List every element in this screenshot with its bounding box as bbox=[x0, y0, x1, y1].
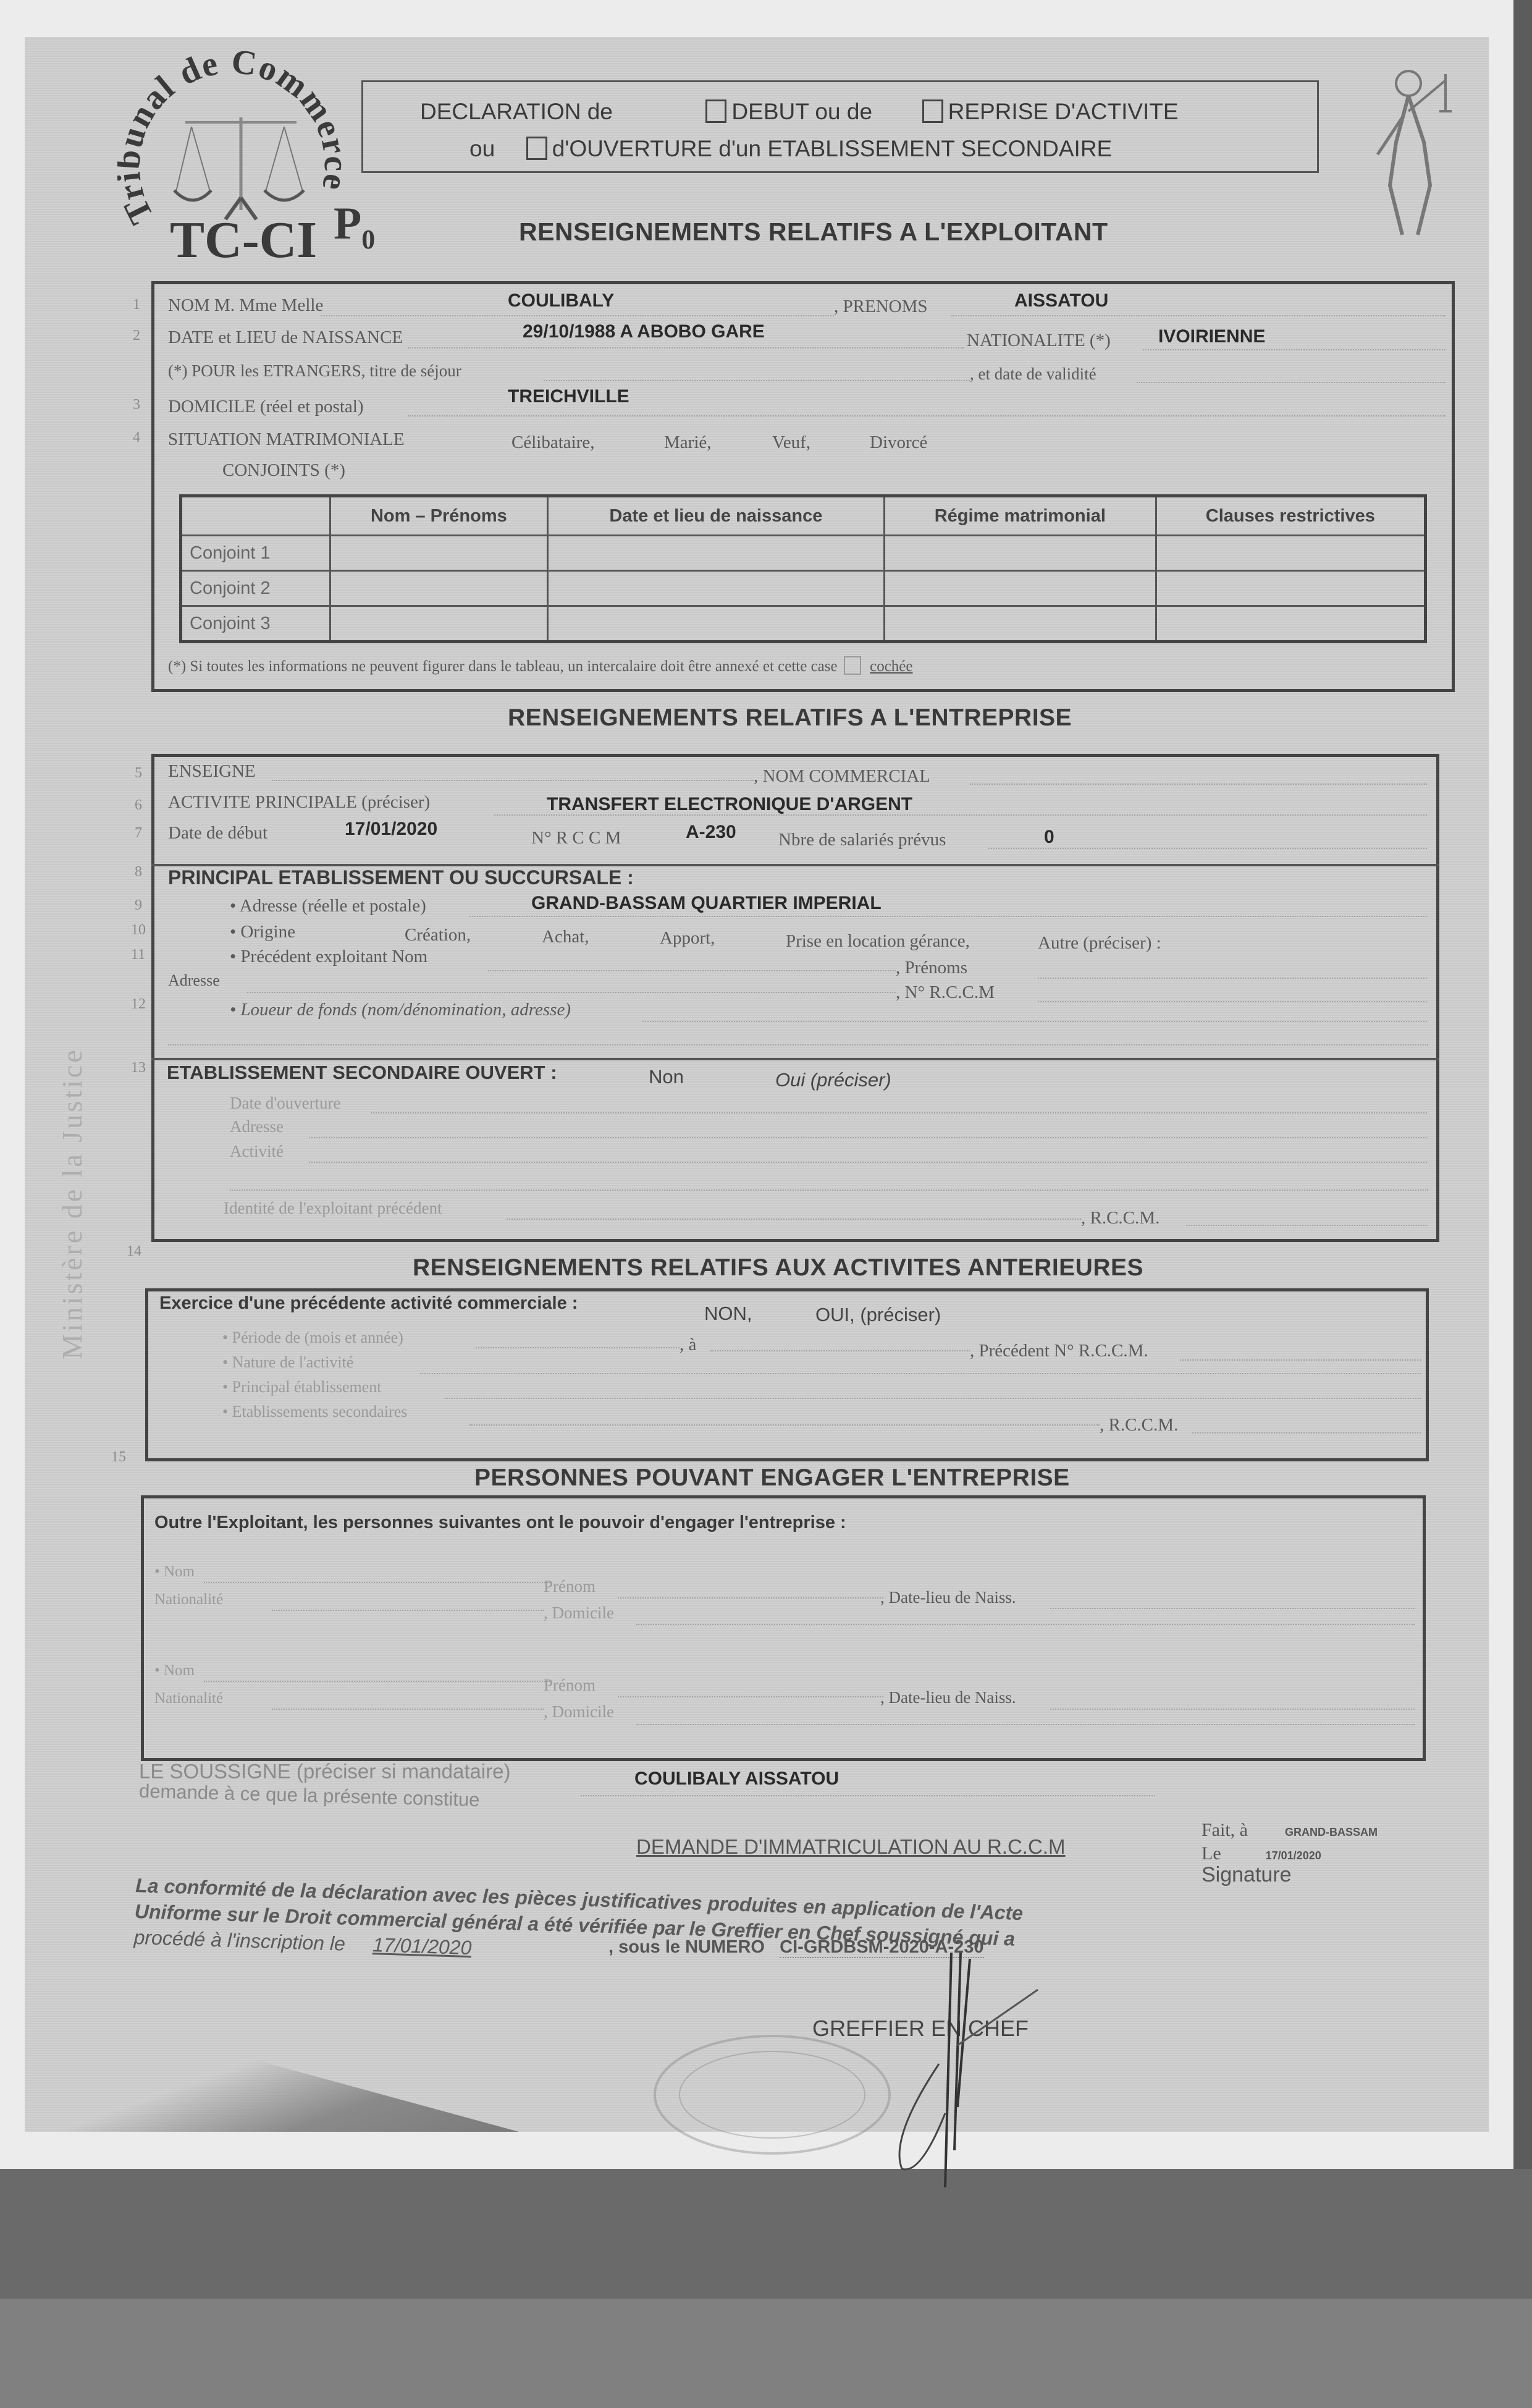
numero-label: , sous le NUMERO bbox=[608, 1937, 765, 1957]
table-header: Nom – Prénoms bbox=[330, 496, 548, 536]
salaries-value[interactable]: 0 bbox=[1044, 827, 1054, 848]
secondaires-rccm-label: , R.C.C.M. bbox=[1100, 1415, 1178, 1435]
principal-etablissement-title: PRINCIPAL ETABLISSEMENT OU SUCCURSALE : bbox=[168, 866, 634, 889]
row-label: Conjoint 2 bbox=[181, 571, 330, 606]
etrangers-label: (*) POUR les ETRANGERS, titre de séjour bbox=[168, 361, 461, 381]
identite-label: Identité de l'exploitant précédent bbox=[224, 1199, 442, 1218]
divider bbox=[151, 1058, 1439, 1060]
debut-label: DEBUT ou de bbox=[731, 99, 872, 124]
table-header: Date et lieu de naissance bbox=[547, 496, 884, 536]
nom-label: NOM M. Mme Melle bbox=[168, 295, 323, 316]
form-code: P0 bbox=[334, 198, 375, 255]
le-label: Le bbox=[1202, 1843, 1221, 1864]
table-header bbox=[181, 496, 330, 536]
person2-naiss-label: , Date-lieu de Naiss. bbox=[880, 1688, 1016, 1707]
ou-label: ou bbox=[469, 136, 495, 161]
date-cell[interactable] bbox=[547, 606, 884, 642]
prenoms-label: , PRENOMS bbox=[834, 297, 928, 317]
rccm-value[interactable]: A-230 bbox=[686, 822, 736, 843]
regime-cell[interactable] bbox=[884, 571, 1156, 606]
line-number: 10 bbox=[131, 922, 146, 939]
fait-label: Fait, à bbox=[1202, 1820, 1248, 1840]
date-ouverture-field[interactable] bbox=[371, 1112, 1427, 1113]
greffier-signature-icon bbox=[852, 1953, 1075, 2187]
line-number: 7 bbox=[135, 825, 142, 842]
sejour-dotted-line bbox=[544, 380, 970, 381]
clauses-cell[interactable] bbox=[1156, 606, 1425, 642]
secondaire-extra-field[interactable] bbox=[230, 1189, 1428, 1191]
principal-etab-label: • Principal établissement bbox=[222, 1378, 382, 1396]
precedent-rccm-field2[interactable] bbox=[1180, 1359, 1421, 1361]
table-row: Conjoint 2 bbox=[181, 571, 1426, 606]
precedent-prenoms-field[interactable] bbox=[1038, 978, 1427, 979]
person2-prenom-label: Prénom bbox=[544, 1676, 596, 1695]
rccm-label: N° R C C M bbox=[531, 828, 621, 848]
soussigne-label-text: LE SOUSSIGNE (préciser si mandataire) bbox=[139, 1760, 511, 1783]
situation-divorce[interactable]: Divorcé bbox=[870, 433, 927, 453]
le-value[interactable]: 17/01/2020 bbox=[1266, 1849, 1321, 1862]
line-number: 12 bbox=[131, 996, 146, 1013]
enseigne-field[interactable] bbox=[272, 780, 754, 781]
person2-prenom-field[interactable] bbox=[618, 1696, 883, 1697]
person1-naiss-field[interactable] bbox=[1050, 1608, 1415, 1609]
declaration-label: DECLARATION de bbox=[420, 99, 613, 124]
person1-nationalite-field[interactable] bbox=[272, 1610, 544, 1611]
nom-commercial-label: , NOM COMMERCIAL bbox=[754, 766, 930, 787]
footnote-text: (*) Si toutes les informations ne peuven… bbox=[168, 658, 838, 675]
line-number: 9 bbox=[135, 897, 142, 914]
date-cell[interactable] bbox=[547, 571, 884, 606]
table-header: Régime matrimonial bbox=[884, 496, 1156, 536]
origine-achat[interactable]: Achat, bbox=[542, 927, 589, 947]
prenoms-value[interactable]: AISSATOU bbox=[1014, 290, 1108, 311]
precedent-rccm-label2: , Précédent N° R.C.C.M. bbox=[970, 1341, 1148, 1361]
loueur-field[interactable] bbox=[642, 1021, 1427, 1022]
line-number: 15 bbox=[111, 1449, 126, 1466]
row-label: Conjoint 3 bbox=[181, 606, 330, 642]
periode-a-field[interactable] bbox=[710, 1350, 970, 1351]
declaration-line-1: DECLARATION de DEBUT ou de REPRISE D'ACT… bbox=[420, 99, 1179, 125]
exercice-label: Exercice d'une précédente activité comme… bbox=[159, 1293, 578, 1314]
secondaires-field[interactable] bbox=[469, 1424, 1100, 1426]
situation-veuf[interactable]: Veuf, bbox=[772, 433, 810, 453]
identite-field[interactable] bbox=[507, 1219, 1081, 1220]
inscription-label: procédé à l'inscription le bbox=[133, 1926, 345, 1955]
section-anterieures-title: RENSEIGNEMENTS RELATIFS AUX ACTIVITES AN… bbox=[413, 1254, 1143, 1282]
precedent-rccm-field[interactable] bbox=[1038, 1001, 1427, 1002]
loueur-label: • Loueur de fonds (nom/dénomination, adr… bbox=[230, 1000, 571, 1020]
form-code-sub: 0 bbox=[361, 224, 375, 255]
logo-abbreviation: TC-CI bbox=[170, 210, 317, 270]
secondaire-non[interactable]: Non bbox=[649, 1066, 684, 1088]
secondaires-label: • Etablissements secondaires bbox=[222, 1403, 407, 1421]
domicile-value[interactable]: TREICHVILLE bbox=[508, 386, 629, 407]
adresse-label: • Adresse (réelle et postale) bbox=[230, 896, 426, 916]
person1-domicile-field[interactable] bbox=[636, 1624, 1415, 1625]
person1-naiss-label: , Date-lieu de Naiss. bbox=[880, 1588, 1016, 1607]
date-cell[interactable] bbox=[547, 536, 884, 571]
table-header-row: Nom – Prénoms Date et lieu de naissance … bbox=[181, 496, 1426, 536]
nom-value[interactable]: COULIBALY bbox=[508, 290, 614, 311]
activite-value[interactable]: TRANSFERT ELECTRONIQUE D'ARGENT bbox=[547, 794, 912, 815]
clauses-cell[interactable] bbox=[1156, 536, 1425, 571]
periode-a-label: , à bbox=[680, 1335, 696, 1355]
signature-label: Signature bbox=[1202, 1863, 1378, 1887]
line-number: 11 bbox=[131, 947, 145, 963]
prenoms-dotted-line bbox=[951, 315, 1446, 316]
regime-cell[interactable] bbox=[884, 536, 1156, 571]
situation-marie[interactable]: Marié, bbox=[664, 433, 712, 453]
person2-nationalite-field[interactable] bbox=[272, 1709, 544, 1710]
origine-creation[interactable]: Création, bbox=[405, 925, 471, 945]
exercice-oui[interactable]: OUI, (préciser) bbox=[815, 1304, 941, 1326]
table-header: Clauses restrictives bbox=[1156, 496, 1425, 536]
loueur-field-extra[interactable] bbox=[168, 1044, 1428, 1046]
person1-nom-field[interactable] bbox=[204, 1582, 550, 1583]
row-label: Conjoint 1 bbox=[181, 536, 330, 571]
nature-label: • Nature de l'activité bbox=[222, 1353, 353, 1372]
origine-autre[interactable]: Autre (préciser) : bbox=[1038, 933, 1161, 953]
line-number: 13 bbox=[131, 1060, 146, 1076]
ouverture-checkbox[interactable] bbox=[526, 137, 547, 160]
exercice-non[interactable]: NON, bbox=[704, 1303, 752, 1325]
intercalaire-checkbox[interactable] bbox=[844, 656, 861, 675]
identite-rccm-label: , R.C.C.M. bbox=[1081, 1208, 1160, 1228]
intercalaire-footnote: (*) Si toutes les informations ne peuven… bbox=[168, 656, 912, 675]
anterieures-box bbox=[145, 1288, 1429, 1461]
section-entreprise-title: RENSEIGNEMENTS RELATIFS A L'ENTREPRISE bbox=[508, 704, 1072, 732]
secondaire-activite-label: Activité bbox=[230, 1142, 284, 1161]
lady-justice-icon bbox=[1365, 62, 1464, 247]
reprise-checkbox[interactable] bbox=[922, 99, 943, 123]
naissance-label: DATE et LIEU de NAISSANCE bbox=[168, 327, 403, 348]
line-number: 3 bbox=[133, 397, 140, 413]
conjoints-table: Nom – Prénoms Date et lieu de naissance … bbox=[179, 494, 1427, 643]
person1-nationalite-label: Nationalité bbox=[154, 1591, 223, 1608]
precedent-adresse-field[interactable] bbox=[247, 992, 896, 993]
person2-domicile-field[interactable] bbox=[636, 1724, 1415, 1725]
precedent-rccm-label: , N° R.C.C.M bbox=[896, 982, 995, 1003]
fait-a-block: Fait, àGRAND-BASSAM Le17/01/2020 Signatu… bbox=[1202, 1820, 1378, 1887]
identite-rccm-field[interactable] bbox=[1186, 1225, 1427, 1226]
nationalite-dotted-line bbox=[1143, 349, 1446, 350]
date-debut-value[interactable]: 17/01/2020 bbox=[345, 819, 437, 840]
line-number: 8 bbox=[135, 864, 142, 881]
principal-etab-field[interactable] bbox=[445, 1398, 1421, 1399]
form-code-letter: P bbox=[334, 198, 361, 249]
nationalite-value[interactable]: IVOIRIENNE bbox=[1158, 326, 1265, 347]
domicile-label: DOMICILE (réel et postal) bbox=[168, 397, 363, 417]
section-personnes-title: PERSONNES POUVANT ENGAGER L'ENTREPRISE bbox=[474, 1464, 1070, 1492]
table-row: Conjoint 1 bbox=[181, 536, 1426, 571]
date-debut-label: Date de début bbox=[168, 823, 267, 843]
secondaire-adresse-label: Adresse bbox=[230, 1117, 284, 1136]
section-exploitant-title: RENSEIGNEMENTS RELATIFS A L'EXPLOITANT bbox=[519, 218, 1108, 247]
line-number: 5 bbox=[135, 765, 142, 782]
person1-prenom-field[interactable] bbox=[618, 1597, 883, 1599]
soussigne-dotted-line bbox=[581, 1795, 1155, 1796]
soussigne-value[interactable]: COULIBALY AISSATOU bbox=[634, 1768, 839, 1789]
precedent-adresse-label: Adresse bbox=[168, 971, 220, 990]
origine-apport[interactable]: Apport, bbox=[660, 928, 715, 948]
secondaire-oui[interactable]: Oui (préciser) bbox=[775, 1069, 891, 1091]
secondaire-title: ETABLISSEMENT SECONDAIRE OUVERT : bbox=[167, 1062, 557, 1084]
nationalite-label: NATIONALITE (*) bbox=[967, 331, 1111, 351]
enseigne-label: ENSEIGNE bbox=[168, 761, 256, 782]
situation-label: SITUATION MATRIMONIALE bbox=[168, 429, 405, 450]
salaries-label: Nbre de salariés prévus bbox=[778, 830, 946, 850]
declaration-line-2: ou d'OUVERTURE d'un ETABLISSEMENT SECOND… bbox=[469, 136, 1112, 162]
periode-de-field[interactable] bbox=[476, 1347, 680, 1348]
adresse-value[interactable]: GRAND-BASSAM QUARTIER IMPERIAL bbox=[531, 893, 882, 914]
secondaire-activite-field[interactable] bbox=[309, 1162, 1427, 1163]
adresse-dotted-line bbox=[469, 916, 1427, 917]
ouverture-label: d'OUVERTURE d'un ETABLISSEMENT SECONDAIR… bbox=[552, 136, 1113, 161]
fait-value[interactable]: GRAND-BASSAM bbox=[1285, 1826, 1378, 1838]
validite-label: , et date de validité bbox=[970, 365, 1096, 384]
cochee-label: cochée bbox=[870, 658, 912, 675]
periode-label: • Période de (mois et année) bbox=[222, 1329, 403, 1347]
reprise-label: REPRISE D'ACTIVITE bbox=[948, 99, 1179, 124]
secondaires-rccm-field[interactable] bbox=[1192, 1432, 1421, 1434]
soussigne-label: LE SOUSSIGNE (préciser si mandataire) bbox=[139, 1760, 511, 1783]
person1-domicile-label: , Domicile bbox=[544, 1603, 614, 1623]
precedent-nom-field[interactable] bbox=[488, 970, 896, 971]
secondaire-adresse-field[interactable] bbox=[309, 1137, 1427, 1138]
debut-checkbox[interactable] bbox=[705, 99, 726, 123]
validite-dotted-line bbox=[1137, 382, 1446, 383]
line-number: 14 bbox=[127, 1243, 141, 1260]
origine-label: • Origine bbox=[230, 922, 295, 942]
person2-domicile-label: , Domicile bbox=[544, 1702, 614, 1722]
activite-dotted-line bbox=[494, 814, 1427, 816]
scanner-bed-right bbox=[1513, 0, 1532, 2299]
nom-cell[interactable] bbox=[330, 536, 548, 571]
table-row: Conjoint 3 bbox=[181, 606, 1426, 642]
line-number: 4 bbox=[133, 429, 140, 446]
tribunal-logo: Tribunal de Commerce TC-CI P0 bbox=[117, 49, 402, 272]
precedent-prenoms-label: , Prénoms bbox=[896, 958, 967, 978]
salaries-dotted-line bbox=[988, 848, 1427, 849]
person2-nationalite-label: Nationalité bbox=[154, 1690, 223, 1707]
margin-vertical-stamp: Ministère de la Justice bbox=[56, 309, 99, 1359]
regime-cell[interactable] bbox=[884, 606, 1156, 642]
person1-prenom-label: Prénom bbox=[544, 1577, 596, 1596]
date-ouverture-label: Date d'ouverture bbox=[230, 1094, 341, 1113]
nom-dotted-line bbox=[321, 315, 834, 316]
personnes-intro: Outre l'Exploitant, les personnes suivan… bbox=[154, 1513, 846, 1533]
activite-label: ACTIVITE PRINCIPALE (préciser) bbox=[168, 792, 430, 813]
nature-field[interactable] bbox=[420, 1373, 1421, 1374]
situation-celibataire[interactable]: Célibataire, bbox=[511, 433, 594, 453]
origine-location-gerance[interactable]: Prise en location gérance, bbox=[786, 931, 970, 952]
demande-value: DEMANDE D'IMMATRICULATION AU R.C.C.M bbox=[636, 1835, 1065, 1859]
scanner-bed-bottom bbox=[0, 2169, 1532, 2299]
line-number: 6 bbox=[135, 797, 142, 814]
person2-naiss-field[interactable] bbox=[1050, 1709, 1415, 1710]
clauses-cell[interactable] bbox=[1156, 571, 1425, 606]
inscription-date[interactable]: 17/01/2020 bbox=[372, 1933, 472, 1959]
naissance-value[interactable]: 29/10/1988 A ABOBO GARE bbox=[523, 321, 765, 342]
person2-nom-field[interactable] bbox=[204, 1681, 550, 1682]
personnes-box bbox=[141, 1495, 1426, 1761]
person1-nom-label: • Nom bbox=[154, 1563, 195, 1581]
nom-cell[interactable] bbox=[330, 571, 548, 606]
line-number: 1 bbox=[133, 297, 140, 313]
precedent-exploitant-label: • Précédent exploitant Nom bbox=[230, 947, 427, 967]
domicile-dotted-line bbox=[408, 415, 1446, 416]
nom-cell[interactable] bbox=[330, 606, 548, 642]
conjoints-label: CONJOINTS (*) bbox=[222, 460, 345, 481]
nom-commercial-field[interactable] bbox=[970, 784, 1427, 785]
naissance-dotted-line bbox=[408, 347, 964, 349]
person2-nom-label: • Nom bbox=[154, 1662, 195, 1679]
line-number: 2 bbox=[133, 327, 140, 344]
